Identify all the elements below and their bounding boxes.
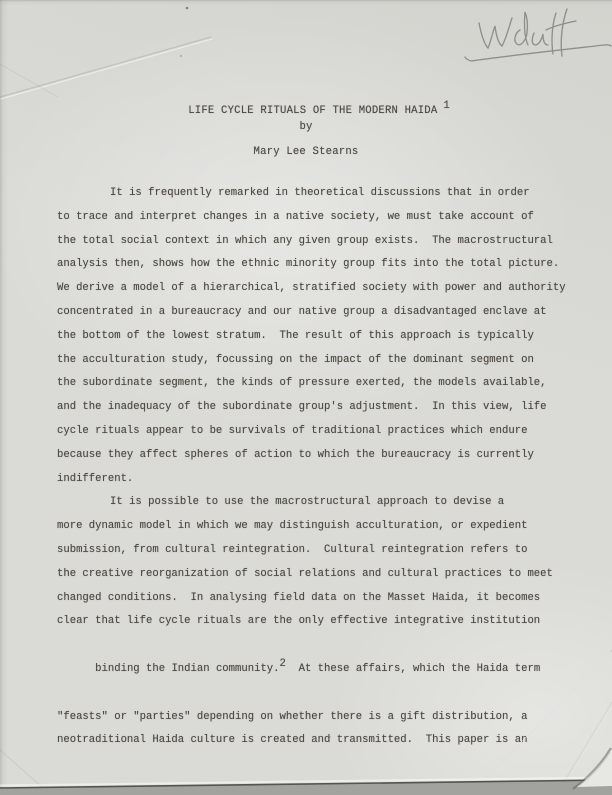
typed-line: the total social context in which any gi… — [57, 230, 597, 254]
footnote-mark: 2 — [280, 658, 286, 670]
typed-line: It is frequently remarked in theoretical… — [57, 182, 597, 206]
typed-line: the creative reorganization of social re… — [57, 563, 597, 587]
typed-line-with-footnote: binding the Indian community.2 At these … — [57, 634, 597, 705]
typed-line: and the inadequacy of the subordinate gr… — [57, 396, 597, 420]
typed-line: the subordinate segment, the kinds of pr… — [57, 372, 597, 396]
typed-line: cycle rituals appear to be survivals of … — [57, 420, 597, 444]
typed-line: to trace and interpret changes in a nati… — [57, 206, 597, 230]
typed-line: more dynamic model in which we may disti… — [57, 515, 597, 539]
typed-line: It is possible to use the macrostructura… — [57, 491, 597, 515]
corner-fold — [573, 748, 612, 789]
typed-text: binding the Indian community. — [95, 663, 279, 675]
typed-line: changed conditions. In analysing field d… — [57, 587, 597, 611]
typed-line: concentrated in a bureaucracy and our na… — [57, 301, 597, 325]
typed-line: We derive a model of a hierarchical, str… — [57, 277, 597, 301]
typed-line: neotraditional Haida culture is created … — [57, 729, 597, 753]
typed-line: submission, from cultural reintegration.… — [57, 539, 597, 563]
typed-line: the bottom of the lowest stratum. The re… — [57, 325, 597, 349]
page-bottom-edge — [0, 778, 612, 795]
handwritten-signature: W Duff — [465, 9, 611, 61]
title-text: LIFE CYCLE RITUALS OF THE MODERN HAIDA — [188, 105, 437, 117]
typed-line: analysis then, shows how the ethnic mino… — [57, 253, 597, 277]
title-footnote-mark: 1 — [443, 100, 450, 112]
byline: by — [0, 120, 612, 134]
document-body: It is frequently remarked in theoretical… — [57, 182, 597, 753]
typed-line: indifferent. — [57, 468, 597, 492]
typed-line: clear that life cycle rituals are the on… — [57, 610, 597, 634]
typed-line: the acculturation study, focussing on th… — [57, 349, 597, 373]
typed-line: "feasts" or "parties" depending on wheth… — [57, 706, 597, 730]
typed-text: At these affairs, which the Haida term — [286, 663, 540, 675]
typed-line: because they affect spheres of action to… — [57, 444, 597, 468]
author-name: Mary Lee Stearns — [0, 145, 612, 159]
scanned-document-page: LIFE CYCLE RITUALS OF THE MODERN HAIDA1 … — [0, 0, 612, 795]
